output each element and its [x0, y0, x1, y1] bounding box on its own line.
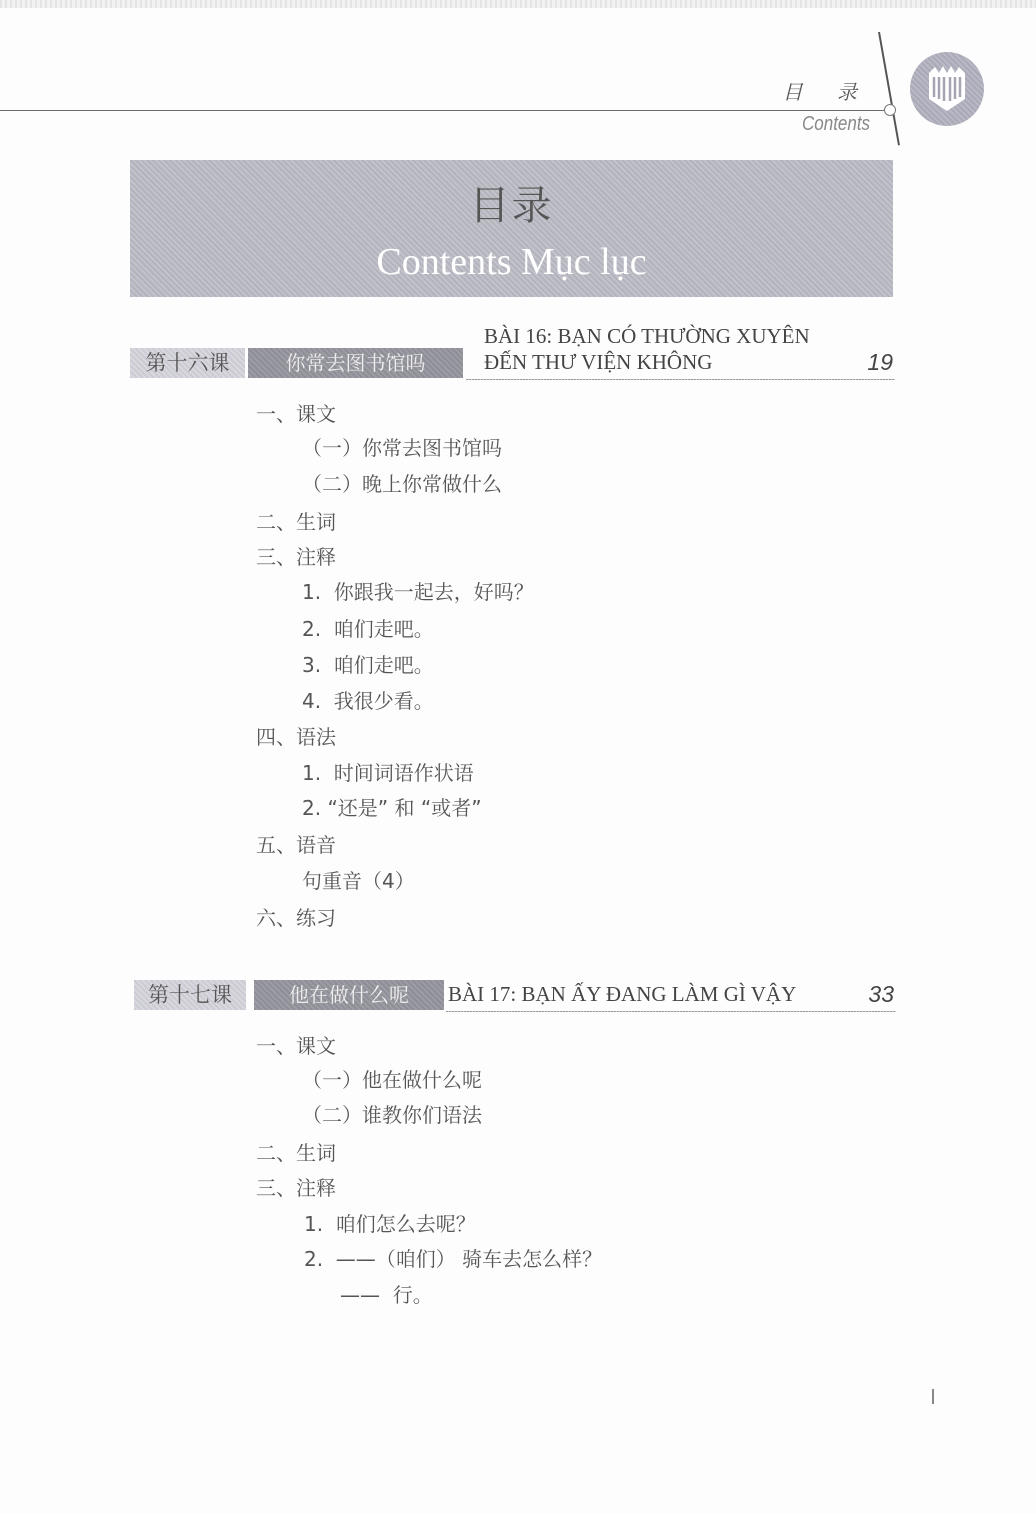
toc-item[interactable]: 二、生词 — [256, 1137, 336, 1166]
header-ring-ornament — [884, 104, 896, 116]
header-rule — [0, 110, 886, 111]
toc-item[interactable]: 1. 你跟我一起去，好吗？ — [302, 576, 534, 605]
toc-item[interactable]: 2. 咱们走吧。 — [302, 613, 434, 642]
lesson-number: 第十七课 — [134, 980, 246, 1010]
lesson-number: 第十六课 — [130, 348, 245, 378]
lesson-dotted-rule — [466, 379, 895, 380]
toc-item[interactable]: （一）他在做什么呢 — [302, 1064, 482, 1093]
toc-item[interactable]: 1. 咱们怎么去呢？ — [304, 1208, 476, 1237]
toc-item[interactable]: （一）你常去图书馆吗 — [302, 432, 502, 461]
running-header-chinese: 目 录 — [783, 76, 871, 105]
book-logo-icon — [910, 52, 984, 126]
toc-item[interactable]: 四、语法 — [256, 721, 336, 750]
lesson-title-vietnamese: BÀI 17: BẠN ẤY ĐANG LÀM GÌ VẬY — [448, 982, 796, 1006]
toc-item[interactable]: 2. “还是” 和 “或者” — [302, 792, 482, 821]
banner-title-chinese: 目录 — [130, 174, 893, 231]
toc-item[interactable]: 一、课文 — [256, 1030, 336, 1059]
lesson-17-heading[interactable]: 第十七课 他在做什么呢 BÀI 17: BẠN ẤY ĐANG LÀM GÌ V… — [134, 972, 896, 1012]
toc-item[interactable]: 五、语音 — [256, 829, 336, 858]
toc-item[interactable]: 4. 我很少看。 — [302, 685, 434, 714]
toc-item[interactable]: 六、练习 — [256, 902, 336, 931]
contents-banner: 目录 Contents Mục lục — [130, 160, 893, 297]
lesson-page-number: 19 — [867, 349, 893, 376]
book-crest-icon — [925, 65, 969, 113]
lesson-16-heading[interactable]: 第十六课 你常去图书馆吗 BÀI 16: BẠN CÓ THƯỜNG XUYÊN… — [130, 340, 895, 380]
lesson-title-chinese: 他在做什么呢 — [254, 980, 444, 1010]
running-header-english: Contents — [802, 113, 870, 136]
toc-item[interactable]: 2. ——（咱们） 骑车去怎么样？ — [304, 1243, 602, 1272]
lesson-title-chinese: 你常去图书馆吗 — [248, 348, 463, 378]
scan-edge — [0, 0, 1036, 8]
lesson-title-vietnamese-line1: BÀI 16: BẠN CÓ THƯỜNG XUYÊN — [484, 324, 810, 348]
toc-item[interactable]: （二）晚上你常做什么 — [302, 468, 502, 497]
toc-item[interactable]: 三、注释 — [256, 1172, 336, 1201]
header-slant-divider — [878, 32, 900, 146]
toc-item[interactable]: 一、课文 — [256, 398, 336, 427]
banner-subtitle: Contents Mục lục — [130, 240, 893, 284]
toc-item[interactable]: 3. 咱们走吧。 — [302, 649, 434, 678]
toc-item[interactable]: 二、生词 — [256, 506, 336, 535]
lesson-dotted-rule — [446, 1011, 896, 1012]
page-number-mark — [932, 1389, 934, 1404]
toc-item[interactable]: （二）谁教你们语法 — [302, 1099, 482, 1128]
toc-item[interactable]: 1. 时间词语作状语 — [302, 757, 474, 786]
toc-item[interactable]: 句重音（4） — [302, 865, 415, 894]
lesson-title-vietnamese-line2: ĐẾN THƯ VIỆN KHÔNG — [484, 350, 712, 374]
toc-item[interactable]: 三、注释 — [256, 541, 336, 570]
toc-item[interactable]: —— 行。 — [340, 1279, 433, 1308]
lesson-page-number: 33 — [868, 981, 894, 1008]
